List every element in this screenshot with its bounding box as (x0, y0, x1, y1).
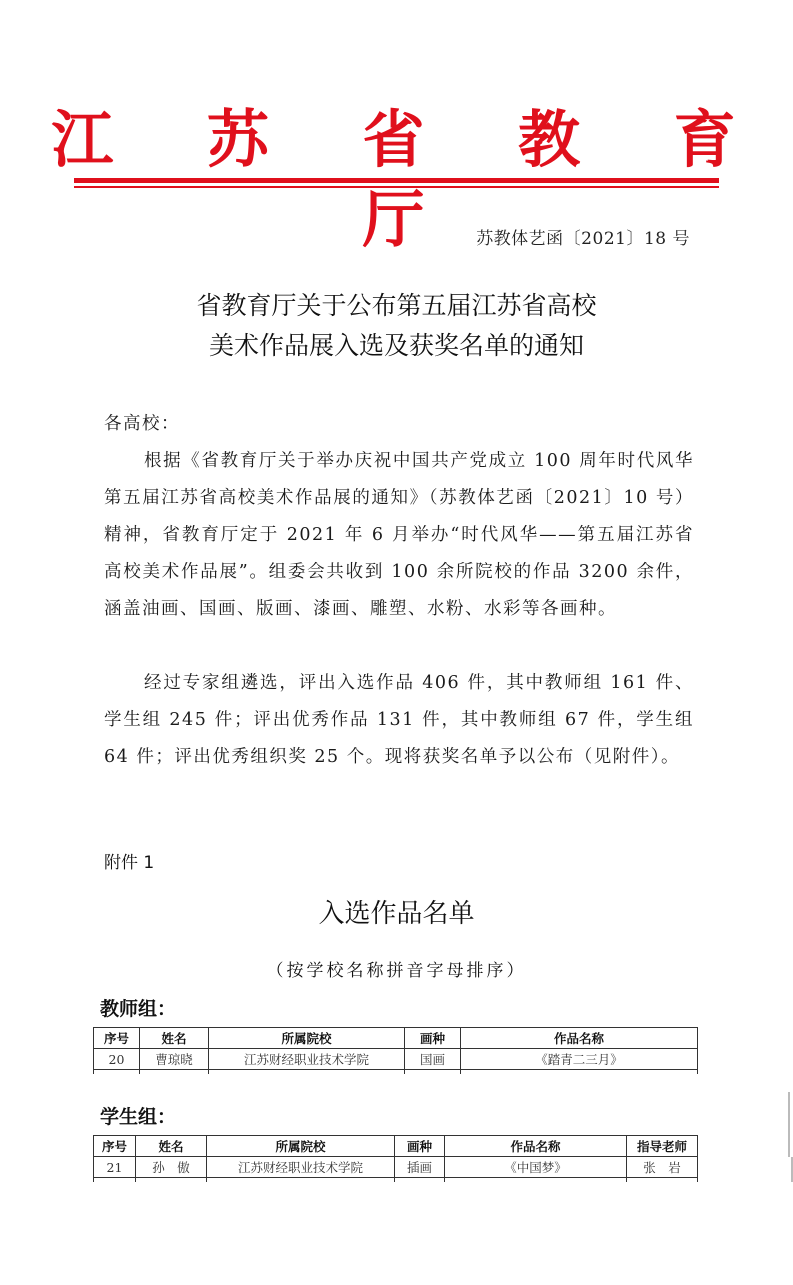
student-group-label: 学生组： (100, 1102, 176, 1129)
document-title-line1: 省教育厅关于公布第五届江苏省高校 (0, 288, 793, 324)
cell-seq: 21 (94, 1157, 136, 1178)
header-genre: 画种 (405, 1028, 461, 1049)
table-header-row: 序号 姓名 所属院校 画种 作品名称 (94, 1028, 698, 1049)
cell-seq: 20 (94, 1049, 140, 1070)
teacher-group-label: 教师组： (100, 994, 176, 1021)
header-name: 姓名 (140, 1028, 209, 1049)
page-edge-line (788, 1092, 790, 1157)
header-work-title: 作品名称 (445, 1136, 627, 1157)
header-advisor: 指导老师 (627, 1136, 698, 1157)
masthead-rule-thin (74, 186, 719, 188)
document-number: 苏教体艺函〔2021〕18 号 (476, 224, 690, 249)
table-row-cut (94, 1070, 698, 1075)
header-work-title: 作品名称 (461, 1028, 698, 1049)
header-seq: 序号 (94, 1028, 140, 1049)
cell-school: 江苏财经职业技术学院 (207, 1157, 395, 1178)
salutation: 各高校： (104, 406, 694, 443)
teacher-table: 序号 姓名 所属院校 画种 作品名称 20 曹琼晓 江苏财经职业技术学院 国画 … (93, 1027, 698, 1074)
attachment-subtitle: （按学校名称拼音字母排序） (0, 956, 793, 981)
header-genre: 画种 (395, 1136, 445, 1157)
body-paragraph-2: 经过专家组遴选，评出入选作品 406 件，其中教师组 161 件、学生组 245… (104, 665, 694, 776)
document-title-line2: 美术作品展入选及获奖名单的通知 (0, 328, 793, 364)
cell-name: 孙 傲 (136, 1157, 207, 1178)
table-row-cut (94, 1178, 698, 1183)
cell-name: 曹琼晓 (140, 1049, 209, 1070)
cell-work-title: 《中国梦》 (445, 1157, 627, 1178)
header-name: 姓名 (136, 1136, 207, 1157)
attachment-label: 附件 1 (104, 848, 154, 873)
student-table: 序号 姓名 所属院校 画种 作品名称 指导老师 21 孙 傲 江苏财经职业技术学… (93, 1135, 698, 1182)
table-row: 21 孙 傲 江苏财经职业技术学院 插画 《中国梦》 张 岩 (94, 1157, 698, 1178)
header-school: 所属院校 (207, 1136, 395, 1157)
cell-genre: 国画 (405, 1049, 461, 1070)
masthead-rule-thick (74, 178, 719, 183)
cell-work-title: 《踏青二三月》 (461, 1049, 698, 1070)
header-school: 所属院校 (209, 1028, 405, 1049)
body-paragraph-1: 根据《省教育厅关于举办庆祝中国共产党成立 100 周年时代风华第五届江苏省高校美… (104, 443, 694, 628)
cell-advisor: 张 岩 (627, 1157, 698, 1178)
cell-genre: 插画 (395, 1157, 445, 1178)
cell-school: 江苏财经职业技术学院 (209, 1049, 405, 1070)
table-row: 20 曹琼晓 江苏财经职业技术学院 国画 《踏青二三月》 (94, 1049, 698, 1070)
attachment-title: 入选作品名单 (0, 893, 793, 930)
table-header-row: 序号 姓名 所属院校 画种 作品名称 指导老师 (94, 1136, 698, 1157)
header-seq: 序号 (94, 1136, 136, 1157)
